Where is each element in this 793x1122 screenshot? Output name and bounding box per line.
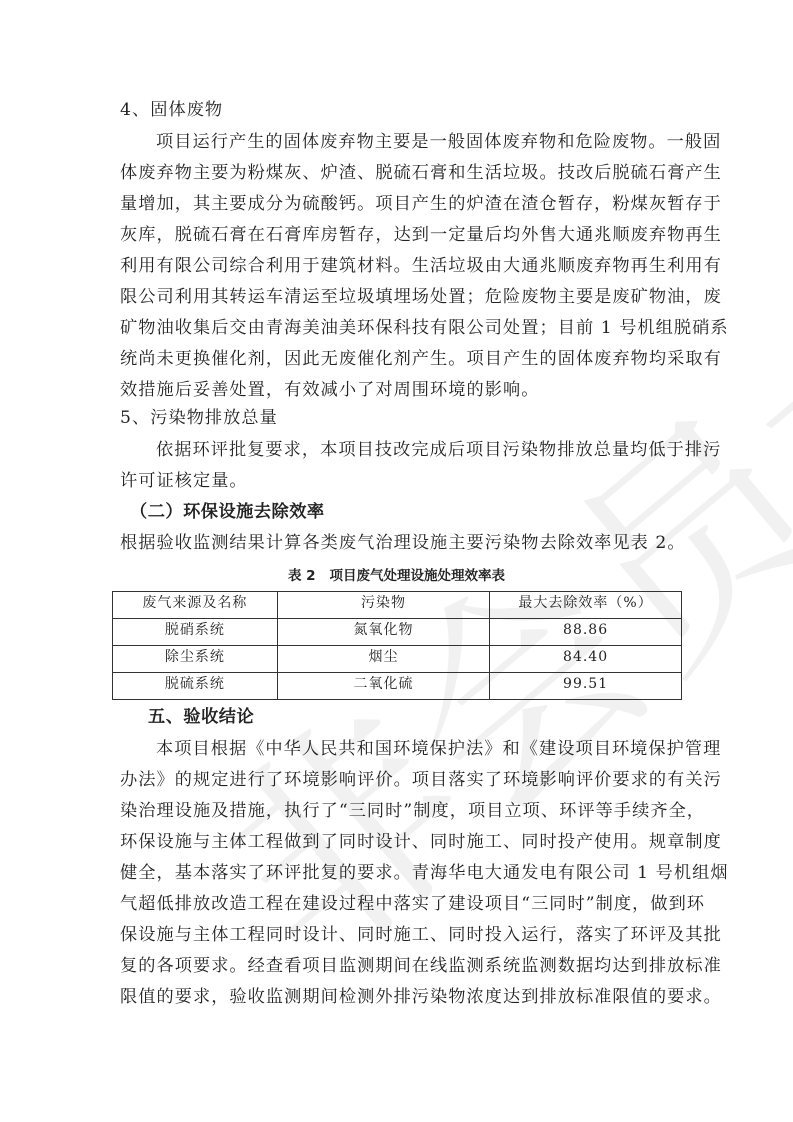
- paragraph-line: 办法》的规定进行了环境影响评价。项目落实了环境影响评价要求的有关污: [120, 769, 676, 791]
- table-header-cell: 废气来源及名称: [113, 592, 278, 619]
- section-heading-acceptance-conclusion: 五、验收结论: [148, 706, 704, 728]
- table-row: 脱硫系统 二氧化硫 99.51: [113, 673, 682, 700]
- section-heading-emission-total: 5、污染物排放总量: [120, 407, 676, 429]
- paragraph-line: 本项目根据《中华人民共和国环境保护法》和《建设项目环境保护管理: [156, 738, 712, 760]
- table-row: 除尘系统 烟尘 84.40: [113, 646, 682, 673]
- table-cell: 二氧化硫: [277, 673, 489, 700]
- paragraph-line: 复的各项要求。经查看项目监测期间在线监测系统监测数据均达到排放标准: [120, 955, 676, 977]
- paragraph-line: 体废弃物主要为粉煤灰、炉渣、脱硫石膏和生活垃圾。技改后脱硫石膏产生: [120, 162, 676, 184]
- paragraph-line: 利用有限公司综合利用于建筑材料。生活垃圾由大通兆顺废弃物再生利用有: [120, 255, 676, 277]
- table-header-cell: 污染物: [277, 592, 489, 619]
- paragraph-line: 环保设施与主体工程做到了同时设计、同时施工、同时投产使用。规章制度: [120, 831, 676, 853]
- paragraph-line: 量增加，其主要成分为硫酸钙。项目产生的炉渣在渣仓暂存，粉煤灰暂存于: [120, 193, 676, 215]
- paragraph-line: 保设施与主体工程同时设计、同时施工、同时投入运行，落实了环评及其批: [120, 924, 676, 946]
- paragraph-line: 许可证核定量。: [120, 470, 676, 492]
- table-cell: 99.51: [490, 673, 682, 700]
- document-page: 非会员水印 4、固体废物 项目运行产生的固体废弃物主要是一般固体废弃物和危险废物…: [0, 0, 793, 1122]
- efficiency-table: 废气来源及名称 污染物 最大去除效率（%） 脱硝系统 氮氧化物 88.86 除尘…: [112, 591, 682, 700]
- paragraph-line: 项目运行产生的固体废弃物主要是一般固体废弃物和危险废物。一般固: [156, 131, 712, 153]
- paragraph-line: 灰库，脱硫石膏在石膏库房暂存，达到一定量后均外售大通兆顺废弃物再生: [120, 224, 676, 246]
- table-caption: 表 2项目废气处理设施处理效率表: [0, 564, 793, 584]
- paragraph-line: 根据验收监测结果计算各类废气治理设施主要污染物去除效率见表 2。: [120, 532, 676, 554]
- table-cell: 烟尘: [277, 646, 489, 673]
- section-heading-solid-waste: 4、固体废物: [120, 99, 676, 121]
- paragraph-line: 气超低排放改造工程在建设过程中落实了建设项目“三同时”制度，做到环: [120, 893, 676, 915]
- paragraph-line: 限公司利用其转运车清运至垃圾填埋场处置；危险废物主要是废矿物油，废: [120, 286, 676, 308]
- table-cell: 脱硫系统: [113, 673, 278, 700]
- paragraph-line: 依据环评批复要求，本项目技改完成后项目污染物排放总量均低于排污: [156, 439, 712, 461]
- paragraph-line: 限值的要求，验收监测期间检测外排污染物浓度达到排放标准限值的要求。: [120, 986, 676, 1008]
- table-cell: 84.40: [490, 646, 682, 673]
- table-number: 表 2: [288, 568, 316, 584]
- subsection-heading-removal-efficiency: （二）环保设施去除效率: [130, 501, 686, 523]
- paragraph-line: 效措施后妥善处置，有效减小了对周围环境的影响。: [120, 379, 676, 401]
- table-cell: 脱硝系统: [113, 619, 278, 646]
- paragraph-line: 统尚未更换催化剂，因此无废催化剂产生。项目产生的固体废弃物均采取有: [120, 348, 676, 370]
- table-row: 脱硝系统 氮氧化物 88.86: [113, 619, 682, 646]
- paragraph-line: 矿物油收集后交由青海美油美环保科技有限公司处置；目前 1 号机组脱硝系: [120, 317, 676, 339]
- table-header-row: 废气来源及名称 污染物 最大去除效率（%）: [113, 592, 682, 619]
- table-cell: 除尘系统: [113, 646, 278, 673]
- table-cell: 氮氧化物: [277, 619, 489, 646]
- paragraph-line: 健全，基本落实了环评批复的要求。青海华电大通发电有限公司 1 号机组烟: [120, 862, 676, 884]
- table-header-cell: 最大去除效率（%）: [490, 592, 682, 619]
- paragraph-line: 染治理设施及措施，执行了“三同时”制度，项目立项、环评等手续齐全，: [120, 800, 676, 822]
- table-title: 项目废气处理设施处理效率表: [330, 568, 506, 584]
- table-cell: 88.86: [490, 619, 682, 646]
